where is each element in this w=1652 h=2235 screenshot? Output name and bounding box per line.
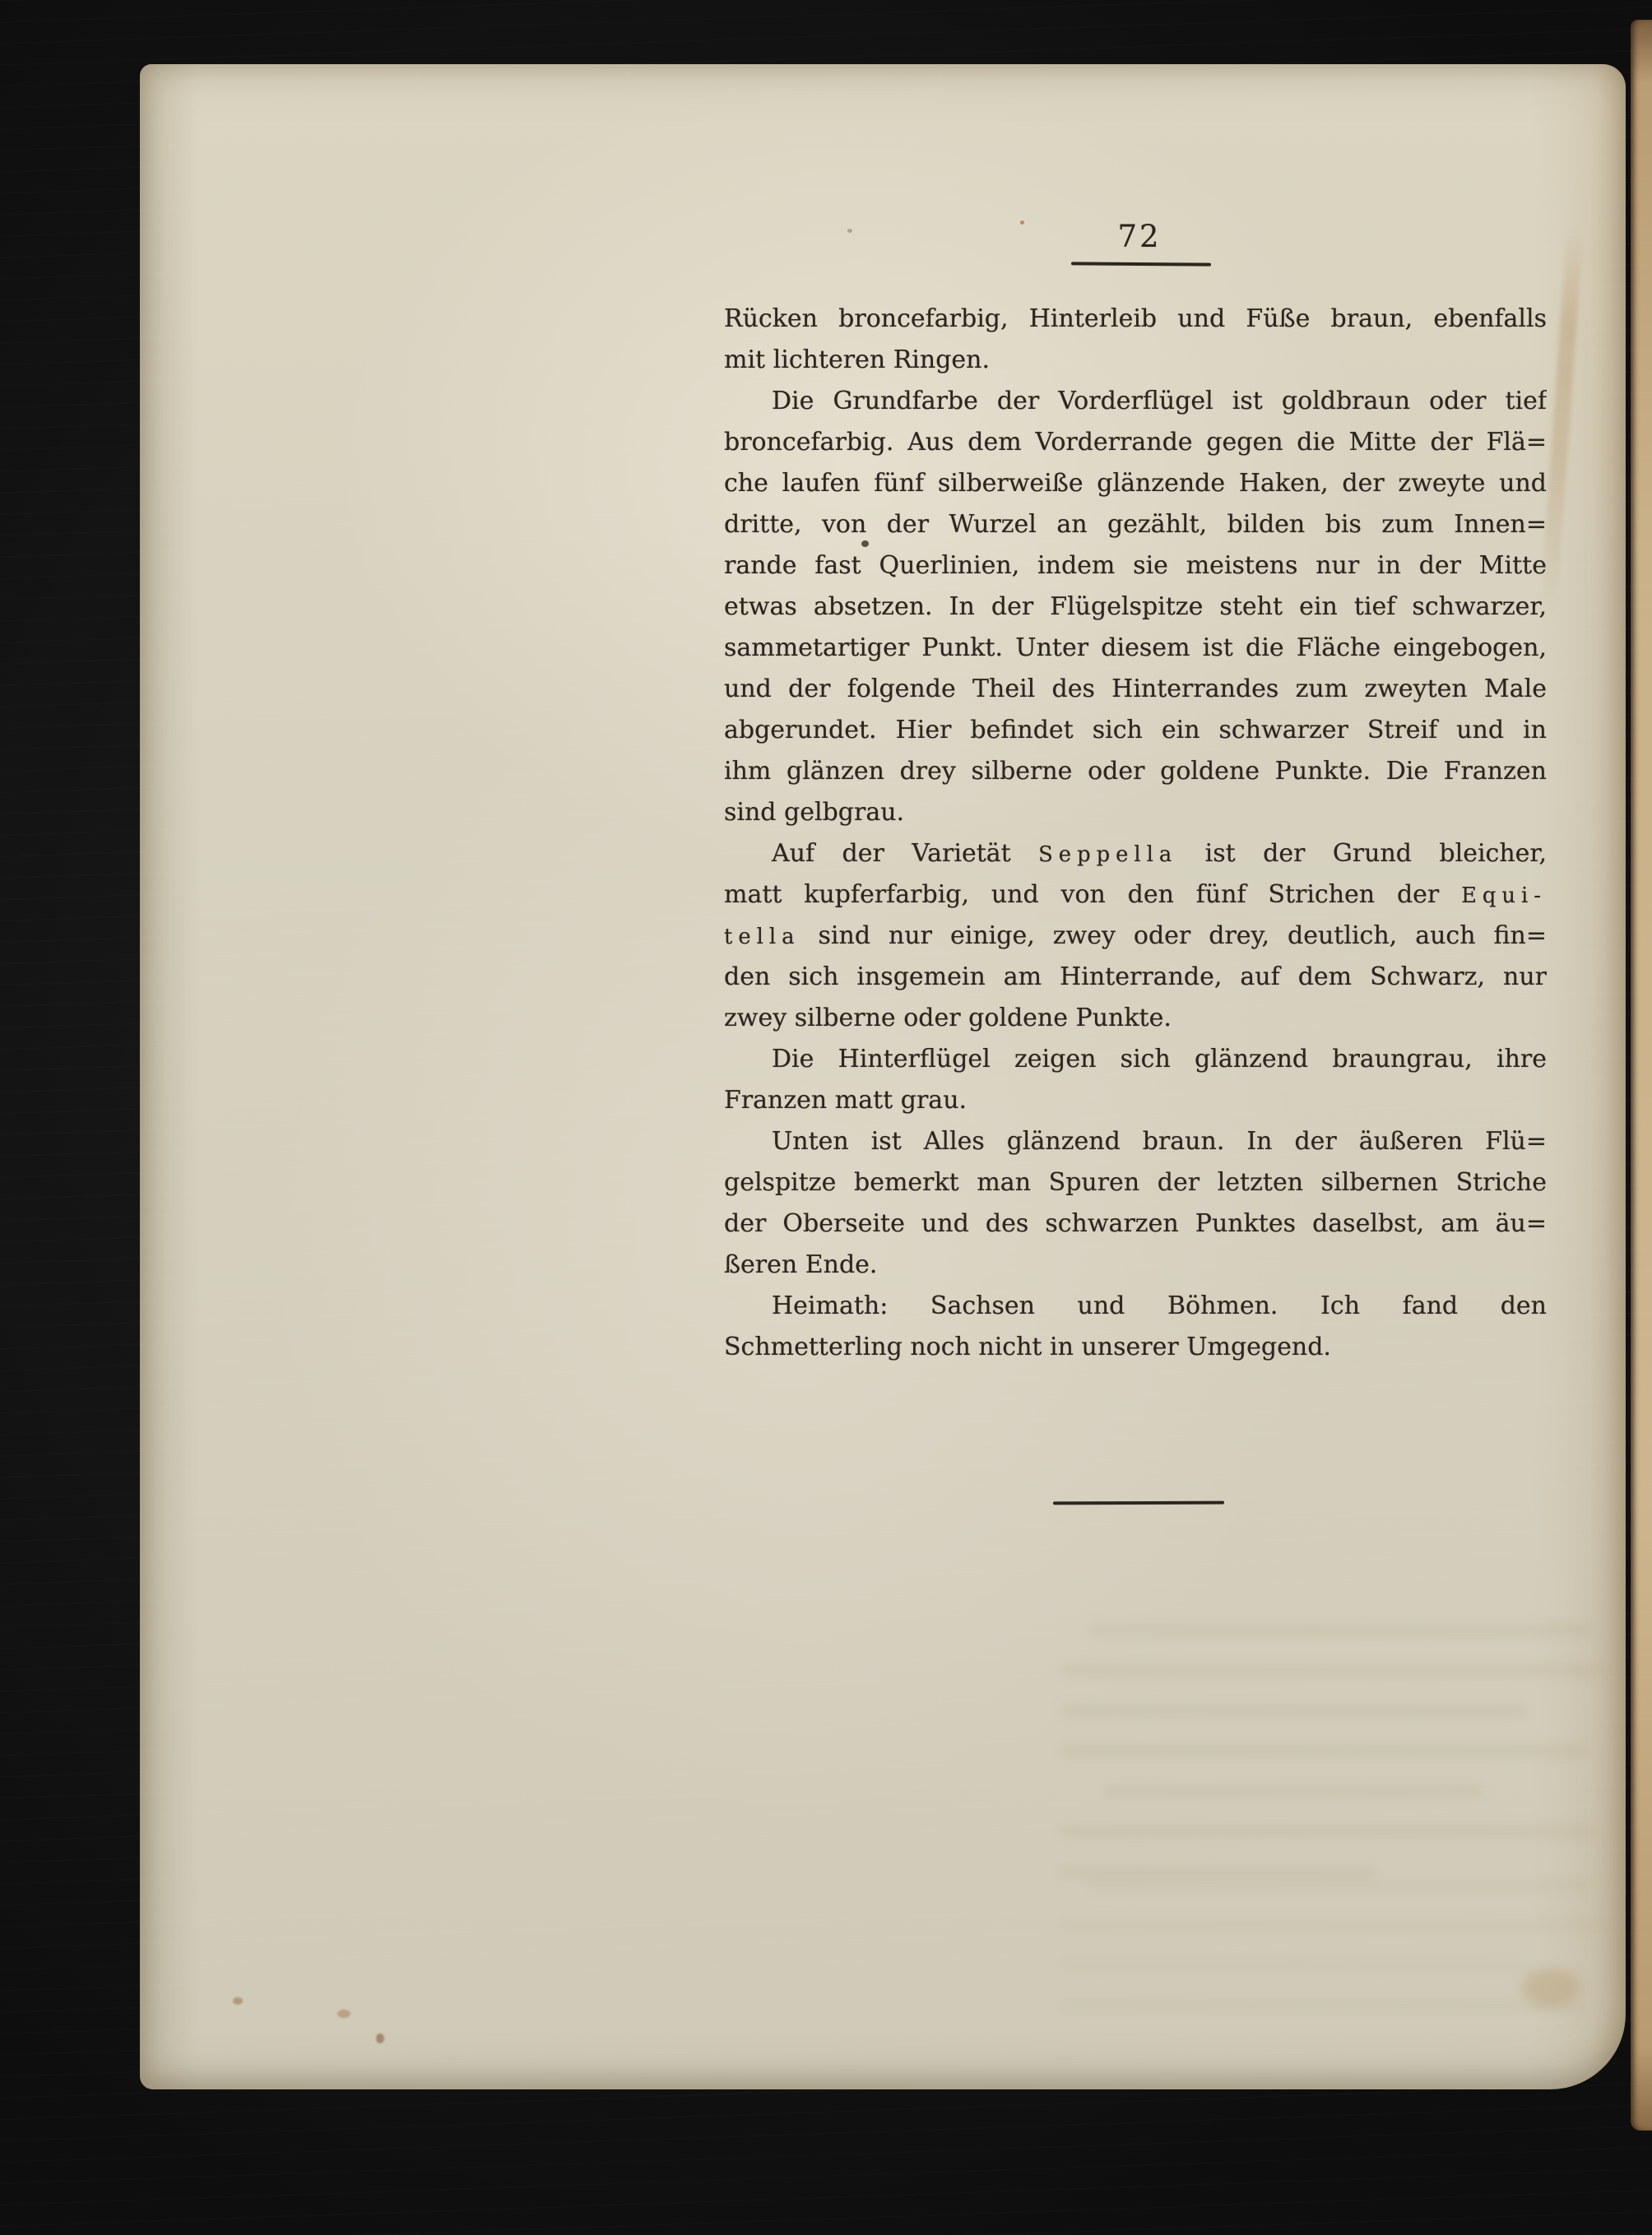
ghost-text-line <box>1060 1663 1604 1677</box>
foxing-speck <box>847 229 852 233</box>
ghost-text-line <box>1087 1623 1594 1637</box>
text-line: der Oberseite und des schwarzen Punktes … <box>724 1203 1547 1245</box>
book-page: 72 Rücken broncefarbig, Hinterleib und F… <box>140 64 1626 2089</box>
stain <box>1522 1968 1580 2006</box>
text-line: Die Hinterflügel zeigen sich glänzend br… <box>724 1039 1547 1080</box>
text-line: matt kupferfarbig, und von den fünf Stri… <box>724 874 1547 916</box>
ghost-text-line <box>1060 1959 1528 1973</box>
text-segment: der Oberseite und des schwarzen Punktes … <box>724 1209 1547 1238</box>
foxing-speck <box>861 540 869 547</box>
text-line: Franzen matt grau. <box>724 1080 1547 1121</box>
page-number-rule <box>1071 262 1211 266</box>
scan-background: 72 Rücken broncefarbig, Hinterleib und F… <box>0 0 1652 2235</box>
ghost-text-line <box>1103 1784 1484 1798</box>
text-segment: sind nur einige, zwey oder drey, deutlic… <box>800 921 1547 950</box>
text-segment: ßeren Ende. <box>724 1250 877 1279</box>
text-segment: Rücken broncefarbig, Hinterleib und Füße… <box>724 304 1547 333</box>
text-line: zwey silberne oder goldene Punkte. <box>724 998 1547 1039</box>
text-line: rande fast Querlinien, indem sie meisten… <box>724 545 1547 587</box>
text-segment: zwey silberne oder goldene Punkte. <box>724 1004 1172 1032</box>
text-segment: matt kupferfarbig, und von den fünf Stri… <box>724 880 1461 909</box>
text-line: Heimath: Sachsen und Böhmen. Ich fand de… <box>724 1286 1547 1327</box>
latin-species-name: Equi- <box>1461 883 1547 908</box>
text-line: Auf der Varietät Seppella ist der Grund … <box>724 833 1547 874</box>
text-segment: abgerundet. Hier befindet sich ein schwa… <box>724 716 1547 744</box>
text-segment: dritte, von der Wurzel an gezählt, bilde… <box>724 510 1547 539</box>
text-line: Rücken broncefarbig, Hinterleib und Füße… <box>724 299 1547 340</box>
ghost-text-line <box>1060 1999 1588 2013</box>
text-segment: rande fast Querlinien, indem sie meisten… <box>724 551 1547 580</box>
text-segment: etwas absetzen. In der Flügelspitze steh… <box>724 592 1547 621</box>
text-segment: ist der Grund bleicher, <box>1177 839 1547 868</box>
text-segment: sammetartiger Punkt. Unter diesem ist di… <box>724 633 1547 662</box>
text-line: abgerundet. Hier befindet sich ein schwa… <box>724 710 1547 751</box>
foxing-speck <box>337 2010 350 2018</box>
text-line: gelspitze bemerkt man Spuren der letzten… <box>724 1162 1547 1203</box>
text-segment: Heimath: Sachsen und Böhmen. Ich fand de… <box>772 1291 1547 1320</box>
text-line: sammetartiger Punkt. Unter diesem ist di… <box>724 628 1547 669</box>
latin-species-name: tella <box>724 925 800 949</box>
text-column: Rücken broncefarbig, Hinterleib und Füße… <box>724 299 1547 1368</box>
text-line: etwas absetzen. In der Flügelspitze steh… <box>724 587 1547 628</box>
text-line: Unten ist Alles glänzend braun. In der ä… <box>724 1121 1547 1162</box>
text-segment: und der folgende Theil des Hinterrandes … <box>724 675 1547 703</box>
text-line: dritte, von der Wurzel an gezählt, bilde… <box>724 504 1547 545</box>
text-segment: Schmetterling noch nicht in unserer Umge… <box>724 1333 1331 1361</box>
text-segment: ihm glänzen drey silberne oder goldene P… <box>724 757 1547 786</box>
text-segment: den sich insgemein am Hinterrande, auf d… <box>724 962 1547 991</box>
text-segment: Franzen matt grau. <box>724 1086 967 1115</box>
text-line: sind gelbgrau. <box>724 792 1547 833</box>
section-divider <box>1053 1501 1224 1505</box>
text-segment: che laufen fünf silberweiße glänzende Ha… <box>724 469 1547 498</box>
ghost-text-line <box>1060 1744 1588 1758</box>
book-fore-edge <box>1631 20 1652 2131</box>
text-segment: sind gelbgrau. <box>724 798 904 827</box>
text-line: ßeren Ende. <box>724 1245 1547 1286</box>
text-segment: mit lichteren Ringen. <box>724 345 990 374</box>
text-segment: Die Grundfarbe der Vorderflügel ist gold… <box>772 387 1547 415</box>
text-line: mit lichteren Ringen. <box>724 340 1547 381</box>
text-segment: Die Hinterflügel zeigen sich glänzend br… <box>772 1045 1547 1073</box>
ghost-text-line <box>1060 1825 1594 1839</box>
foxing-speck <box>376 2033 384 2043</box>
text-segment: broncefarbig. Aus dem Vorderrande gegen … <box>724 428 1547 457</box>
ghost-text-line <box>1060 1918 1604 1932</box>
text-line: Schmetterling noch nicht in unserer Umge… <box>724 1327 1547 1368</box>
text-line: und der folgende Theil des Hinterrandes … <box>724 669 1547 710</box>
text-line: den sich insgemein am Hinterrande, auf d… <box>724 957 1547 998</box>
page-number: 72 <box>1057 219 1222 254</box>
ghost-text-line <box>1060 1704 1528 1718</box>
text-line: Die Grundfarbe der Vorderflügel ist gold… <box>724 381 1547 422</box>
text-segment: gelspitze bemerkt man Spuren der letzten… <box>724 1168 1547 1197</box>
ghost-text-line <box>1087 1878 1594 1892</box>
text-line: tella sind nur einige, zwey oder drey, d… <box>724 916 1547 957</box>
text-line: broncefarbig. Aus dem Vorderrande gegen … <box>724 422 1547 463</box>
text-line: che laufen fünf silberweiße glänzende Ha… <box>724 463 1547 504</box>
foxing-speck <box>233 1997 243 2005</box>
text-line: ihm glänzen drey silberne oder goldene P… <box>724 751 1547 792</box>
verso-show-through <box>1060 1623 1604 1905</box>
verso-show-through <box>1060 1878 1604 2039</box>
text-segment: Auf der Varietät <box>772 839 1038 868</box>
text-segment: Unten ist Alles glänzend braun. In der ä… <box>772 1127 1547 1156</box>
ghost-text-line <box>1060 1865 1376 1879</box>
latin-species-name: Seppella <box>1038 842 1177 867</box>
foxing-speck <box>1020 220 1024 225</box>
